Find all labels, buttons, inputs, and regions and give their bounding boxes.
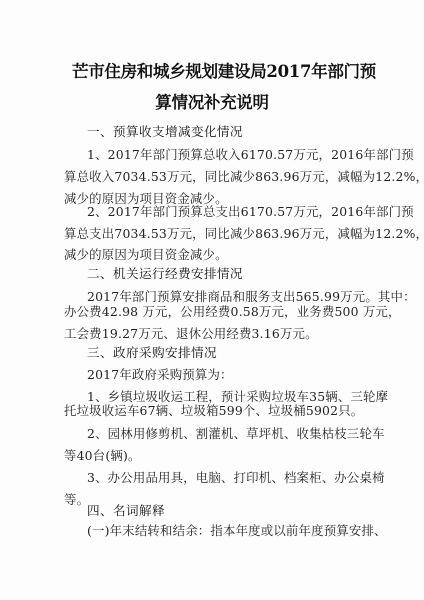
paragraph-line: 2、2017年部门预算总支出6170.57万元，2016年部门预	[87, 204, 362, 219]
paragraph-line: 1、2017年部门预算总收入6170.57万元，2016年部门预	[87, 147, 362, 162]
paragraph-line: 托垃圾收运车67辆、垃圾箱599个、垃圾桶5902只。	[64, 403, 362, 418]
document-title-line-1: 芒市住房和城乡规划建设局2017年部门预	[72, 58, 382, 82]
paragraph-line: 算总支出7034.53万元，同比减少863.96万元，减幅为12.2%，	[64, 226, 362, 241]
paragraph-line: 工会费19.27万元、退休公用经费3.16万元。	[64, 326, 362, 341]
paragraph-line: 等40台(辆)。	[64, 448, 362, 463]
paragraph-line: 3、办公用品用具，电脑、打印机、档案柜、办公桌椅	[87, 470, 362, 485]
section-3-heading: 三、政府采购安排情况	[87, 345, 362, 360]
section-2-heading: 二、机关运行经费安排情况	[87, 266, 362, 281]
paragraph-line: 1、乡镇垃圾收运工程，预计采购垃圾车35辆、三轮摩	[87, 389, 362, 404]
paragraph-line: 2017年政府采购预算为：	[87, 367, 362, 382]
paragraph-line: 2017年部门预算安排商品和服务支出565.99万元。其中：	[87, 289, 362, 304]
document-title-line-2: 算情况补充说明	[0, 89, 424, 113]
section-1-heading: 一、预算收支增减变化情况	[87, 124, 362, 139]
document-page: 芒市住房和城乡规划建设局2017年部门预 算情况补充说明 一、预算收支增减变化情…	[0, 0, 424, 600]
paragraph-line: 2、园林用修剪机、割灌机、草坪机、收集枯枝三轮车	[87, 426, 362, 441]
paragraph-line: (一)年末结转和结余：指本年度或以前年度预算安排、	[87, 523, 362, 538]
paragraph-line: 减少的原因为项目资金减少。	[64, 247, 362, 262]
paragraph-line: 算总收入7034.53万元，同比减少863.96万元，减幅为12.2%，	[64, 169, 362, 184]
section-4-heading: 四、名词解释	[87, 503, 362, 518]
paragraph-line: 办公费42.98 万元，公用经费0.58万元，业务费500 万元，	[64, 304, 362, 319]
